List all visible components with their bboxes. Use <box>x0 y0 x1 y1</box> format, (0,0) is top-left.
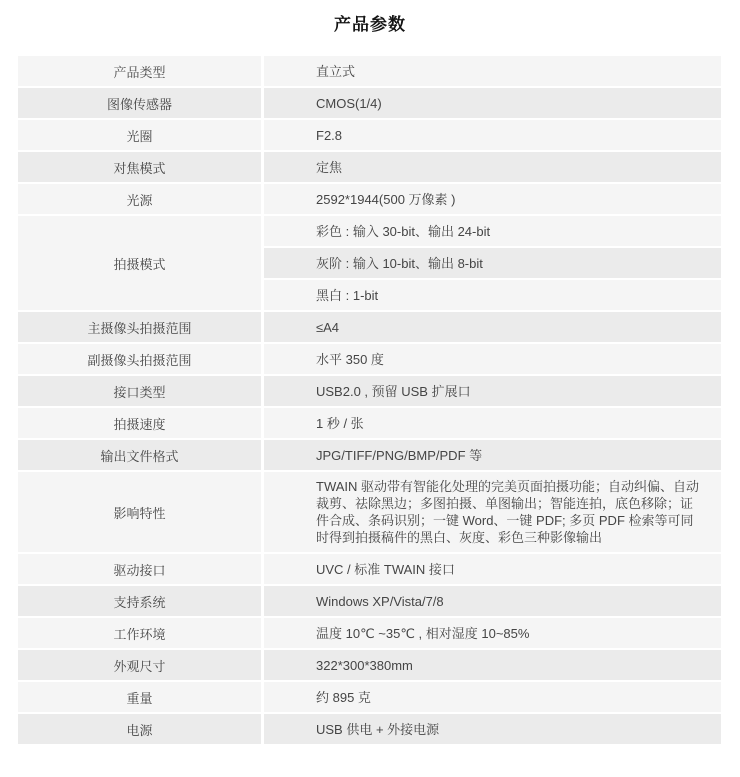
spec-value: 322*300*380mm <box>264 650 721 680</box>
spec-label: 产品类型 <box>18 56 261 86</box>
spec-label: 光源 <box>18 184 261 214</box>
spec-value: JPG/TIFF/PNG/BMP/PDF 等 <box>264 440 721 470</box>
spec-label: 拍摄速度 <box>18 408 261 438</box>
spec-label: 副摄像头拍摄范围 <box>18 344 261 374</box>
spec-label: 驱动接口 <box>18 554 261 584</box>
spec-row-operating-environment: 工作环境 温度 10℃ ~35℃ , 相对湿度 10~85% <box>18 618 721 648</box>
spec-label: 对焦模式 <box>18 152 261 182</box>
spec-row-interface-type: 接口类型 USB2.0 , 预留 USB 扩展口 <box>18 376 721 406</box>
spec-label: 光圈 <box>18 120 261 150</box>
spec-value: UVC / 标准 TWAIN 接口 <box>264 554 721 584</box>
spec-value: 定焦 <box>264 152 721 182</box>
spec-value: 水平 350 度 <box>264 344 721 374</box>
spec-row-output-format: 输出文件格式 JPG/TIFF/PNG/BMP/PDF 等 <box>18 440 721 470</box>
spec-value: Windows XP/Vista/7/8 <box>264 586 721 616</box>
spec-label: 图像传感器 <box>18 88 261 118</box>
spec-label: 拍摄模式 <box>18 216 261 310</box>
spec-value: 直立式 <box>264 56 721 86</box>
spec-value: USB2.0 , 预留 USB 扩展口 <box>264 376 721 406</box>
spec-row-main-camera-range: 主摄像头拍摄范围 ≤A4 <box>18 312 721 342</box>
spec-label: 接口类型 <box>18 376 261 406</box>
spec-label: 主摄像头拍摄范围 <box>18 312 261 342</box>
spec-subvalue-grayscale: 灰阶 : 输入 10-bit、输出 8-bit <box>264 248 721 278</box>
spec-value: 2592*1944(500 万像素 ) <box>264 184 721 214</box>
spec-label: 重量 <box>18 682 261 712</box>
product-spec-table: 产品类型 直立式 图像传感器 CMOS(1/4) 光圈 F2.8 对焦模式 定焦… <box>18 56 721 744</box>
spec-subvalue-bw: 黑白 : 1-bit <box>264 280 721 310</box>
spec-row-shooting-speed: 拍摄速度 1 秒 / 张 <box>18 408 721 438</box>
spec-label: 电源 <box>18 714 261 744</box>
spec-row-sub-camera-range: 副摄像头拍摄范围 水平 350 度 <box>18 344 721 374</box>
spec-subvalue-color: 彩色 : 输入 30-bit、输出 24-bit <box>264 216 721 246</box>
spec-row-image-sensor: 图像传感器 CMOS(1/4) <box>18 88 721 118</box>
spec-row-aperture: 光圈 F2.8 <box>18 120 721 150</box>
spec-value: ≤A4 <box>264 312 721 342</box>
spec-row-product-type: 产品类型 直立式 <box>18 56 721 86</box>
page-title: 产品参数 <box>0 0 740 35</box>
spec-label: 影响特性 <box>18 472 261 552</box>
spec-row-weight: 重量 约 895 克 <box>18 682 721 712</box>
spec-value: 1 秒 / 张 <box>264 408 721 438</box>
spec-row-focus-mode: 对焦模式 定焦 <box>18 152 721 182</box>
spec-value: TWAIN 驱动带有智能化处理的完美页面拍摄功能；自动纠偏、自动裁剪、祛除黑边；… <box>264 472 721 552</box>
spec-value: CMOS(1/4) <box>264 88 721 118</box>
spec-row-shooting-mode: 拍摄模式 彩色 : 输入 30-bit、输出 24-bit 灰阶 : 输入 10… <box>18 216 721 310</box>
spec-row-light-source: 光源 2592*1944(500 万像素 ) <box>18 184 721 214</box>
spec-row-power: 电源 USB 供电 + 外接电源 <box>18 714 721 744</box>
spec-label: 外观尺寸 <box>18 650 261 680</box>
spec-value: 温度 10℃ ~35℃ , 相对湿度 10~85% <box>264 618 721 648</box>
spec-label: 输出文件格式 <box>18 440 261 470</box>
spec-row-dimensions: 外观尺寸 322*300*380mm <box>18 650 721 680</box>
spec-row-imaging-features: 影响特性 TWAIN 驱动带有智能化处理的完美页面拍摄功能；自动纠偏、自动裁剪、… <box>18 472 721 552</box>
spec-value: 约 895 克 <box>264 682 721 712</box>
spec-row-supported-os: 支持系统 Windows XP/Vista/7/8 <box>18 586 721 616</box>
spec-value: F2.8 <box>264 120 721 150</box>
spec-label: 支持系统 <box>18 586 261 616</box>
spec-value: USB 供电 + 外接电源 <box>264 714 721 744</box>
spec-label: 工作环境 <box>18 618 261 648</box>
shooting-mode-subrows: 彩色 : 输入 30-bit、输出 24-bit 灰阶 : 输入 10-bit、… <box>264 216 721 310</box>
spec-row-driver-interface: 驱动接口 UVC / 标准 TWAIN 接口 <box>18 554 721 584</box>
